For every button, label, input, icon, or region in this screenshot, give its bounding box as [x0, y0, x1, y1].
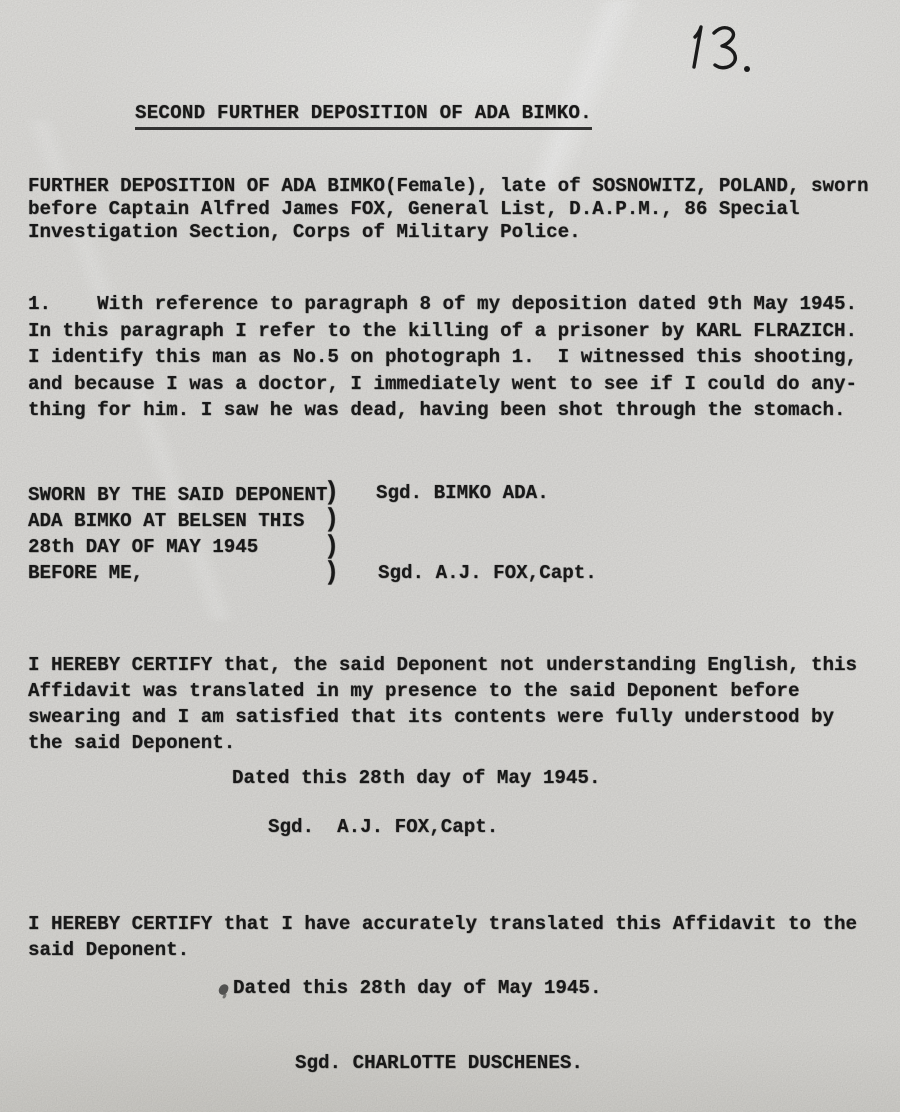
signature-bimko: Sgd. BIMKO ADA.	[376, 482, 549, 504]
dated-line-1: Dated this 28th day of May 1945.	[232, 767, 600, 789]
deposition-paragraph-1: 1. With reference to paragraph 8 of my d…	[28, 291, 857, 424]
signature-fox-certification: Sgd. A.J. FOX,Capt.	[268, 816, 498, 838]
ink-smudge	[218, 983, 230, 996]
scanned-document-page: SECOND FURTHER DEPOSITION OF ADA BIMKO. …	[0, 0, 900, 1112]
signature-fox-jurat: Sgd. A.J. FOX,Capt.	[378, 562, 597, 584]
certification-translator: I HEREBY CERTIFY that I have accurately …	[28, 911, 857, 963]
signature-duschenes: Sgd. CHARLOTTE DUSCHENES.	[295, 1052, 583, 1074]
intro-paragraph: FURTHER DEPOSITION OF ADA BIMKO(Female),…	[28, 175, 869, 244]
document-title: SECOND FURTHER DEPOSITION OF ADA BIMKO.	[135, 102, 592, 130]
dated-line-2: Dated this 28th day of May 1945.	[233, 977, 601, 999]
jurat-brace: ) ) ) )	[324, 479, 339, 586]
page-number-handwritten	[684, 24, 760, 79]
jurat-statement: SWORN BY THE SAID DEPONENT ADA BIMKO AT …	[28, 482, 327, 586]
certification-translation-witnessed: I HEREBY CERTIFY that, the said Deponent…	[28, 652, 857, 756]
